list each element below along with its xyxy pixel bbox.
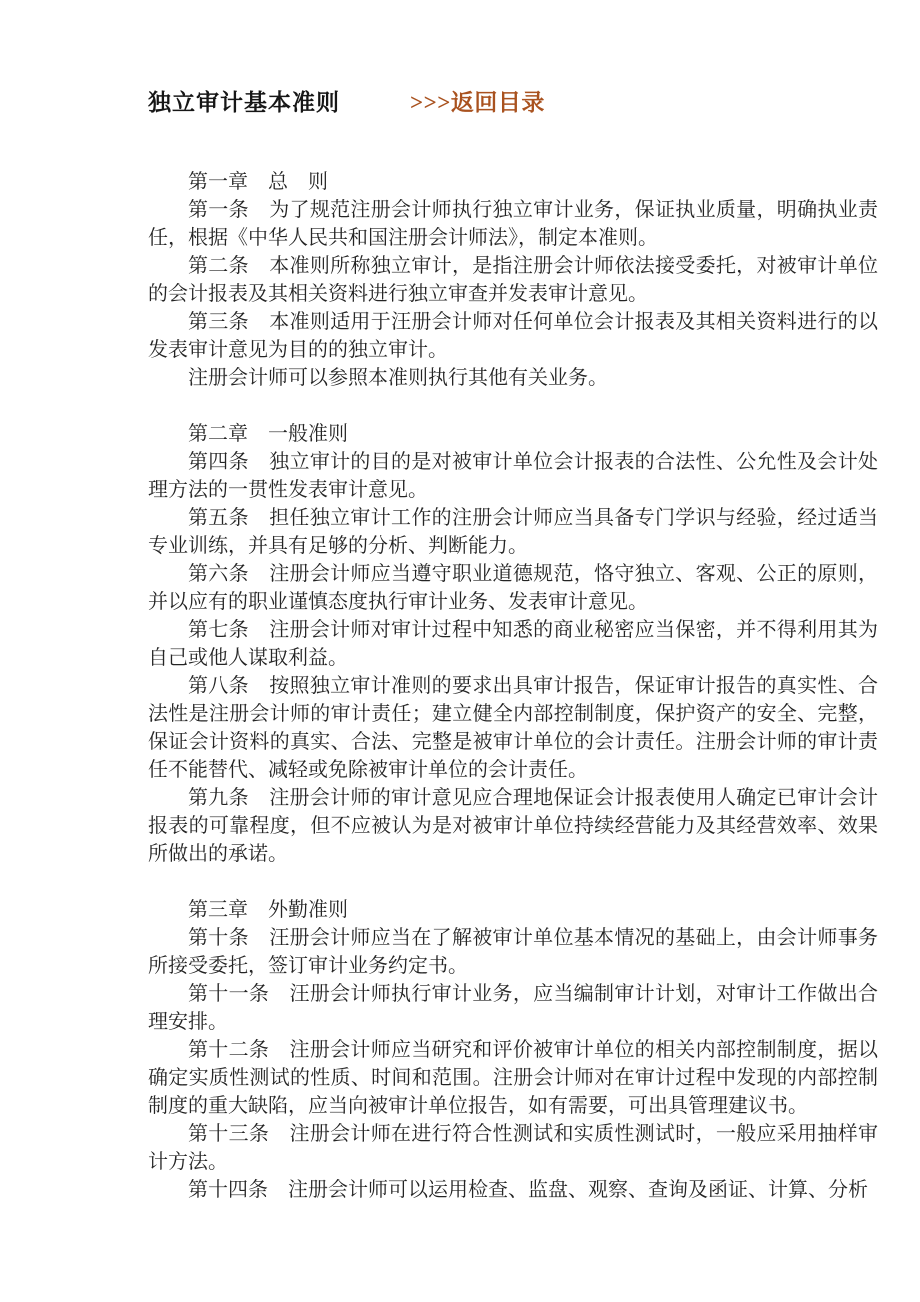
paragraph: 第二条 本准则所称独立审计，是指注册会计师依法接受委托，对被审计单位的会计报表及…	[148, 252, 878, 308]
page-title: 独立审计基本准则	[148, 84, 340, 117]
document-page: 独立审计基本准则 >>>返回目录 第一章 总 则 第一条 为了规范注册会计师执行…	[0, 0, 920, 1302]
paragraph: 第六条 注册会计师应当遵守职业道德规范，恪守独立、客观、公正的原则，并以应有的职…	[148, 560, 878, 616]
paragraph: 注册会计师可以参照本准则执行其他有关业务。	[148, 364, 878, 392]
document-body: 第一章 总 则 第一条 为了规范注册会计师执行独立审计业务，保证执业质量，明确执…	[148, 168, 878, 1204]
paragraph: 第七条 注册会计师对审计过程中知悉的商业秘密应当保密，并不得利用其为自己或他人谋…	[148, 616, 878, 672]
paragraph: 第八条 按照独立审计准则的要求出具审计报告，保证审计报告的真实性、合法性是注册会…	[148, 672, 878, 784]
back-to-toc-link[interactable]: >>>返回目录	[410, 84, 545, 117]
chapter-2: 第二章 一般准则 第四条 独立审计的目的是对被审计单位会计报表的合法性、公允性及…	[148, 420, 878, 868]
chapter-1: 第一章 总 则 第一条 为了规范注册会计师执行独立审计业务，保证执业质量，明确执…	[148, 168, 878, 392]
chapter-3-heading: 第三章 外勤准则	[148, 896, 878, 924]
paragraph: 第四条 独立审计的目的是对被审计单位会计报表的合法性、公允性及会计处理方法的一贯…	[148, 448, 878, 504]
paragraph: 第十四条 注册会计师可以运用检查、监盘、观察、查询及函证、计算、分析	[148, 1176, 878, 1204]
paragraph: 第一条 为了规范注册会计师执行独立审计业务，保证执业质量，明确执业责任，根据《中…	[148, 196, 878, 252]
chapter-1-heading: 第一章 总 则	[148, 168, 878, 196]
paragraph: 第十一条 汪册会计师执行审计业务，应当编制审计计划，对审计工作做出合理安排。	[148, 980, 878, 1036]
chapter-3: 第三章 外勤准则 第十条 汪册会计师应当在了解被审计单位基本情况的基础上，由会计…	[148, 896, 878, 1204]
paragraph: 第三条 本准则适用于汪册会计师对任何单位会计报表及其相关资料进行的以发表审计意见…	[148, 308, 878, 364]
paragraph: 第十条 汪册会计师应当在了解被审计单位基本情况的基础上，由会计师事务所接受委托，…	[148, 924, 878, 980]
paragraph: 第十三条 注册会计师在进行符合性测试和实质性测试时，一般应采用抽样审计方法。	[148, 1120, 878, 1176]
paragraph: 第十二条 注册会计师应当研究和评价被审计单位的相关内部控制制度，据以确定实质性测…	[148, 1036, 878, 1120]
paragraph: 第九条 注册会计师的审计意见应合理地保证会计报表使用人确定已审计会计报表的可靠程…	[148, 784, 878, 868]
chapter-2-heading: 第二章 一般准则	[148, 420, 878, 448]
document-header: 独立审计基本准则 >>>返回目录	[148, 84, 545, 117]
paragraph: 第五条 担任独立审计工作的注册会计师应当具备专门学识与经验，经过适当专业训练，并…	[148, 504, 878, 560]
